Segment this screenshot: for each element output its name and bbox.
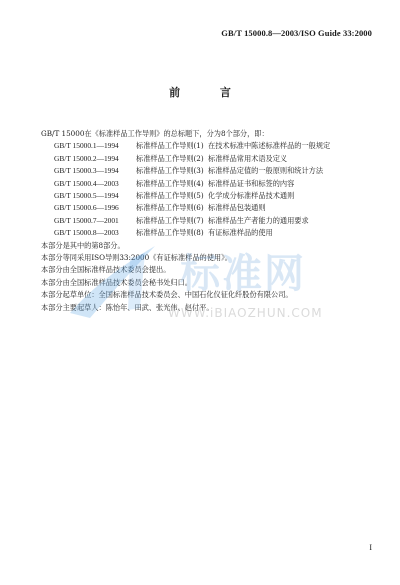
foreword-content: GB/T 15000在《标准样品工作导则》的总标题下，分为8个部分，即： GB/… bbox=[54, 128, 384, 314]
part-code: GB/T 15000.2—1994 bbox=[54, 153, 136, 165]
part-guide: 标准样品工作导则(6) bbox=[136, 202, 208, 214]
part-code: GB/T 15000.5—1994 bbox=[54, 190, 136, 202]
part-guide: 标准样品工作导则(7) bbox=[136, 215, 208, 227]
list-item: GB/T 15000.6—1996 标准样品工作导则(6) 标准样品包装通则 bbox=[54, 202, 384, 214]
part-code: GB/T 15000.3—1994 bbox=[54, 165, 136, 177]
part-code: GB/T 15000.7—2001 bbox=[54, 215, 136, 227]
part-guide: 标准样品工作导则(4) bbox=[136, 178, 208, 190]
intro-paragraph: GB/T 15000在《标准样品工作导则》的总标题下，分为8个部分，即： bbox=[41, 128, 384, 140]
list-item: GB/T 15000.8—2003 标准样品工作导则(8) 有证标准样品的使用 bbox=[54, 227, 384, 239]
standard-number-header: GB/T 15000.8—2003/ISO Guide 33:2000 bbox=[221, 28, 372, 38]
page-title: 前 言 bbox=[0, 84, 400, 100]
list-item: GB/T 15000.7—2001 标准样品工作导则(7) 标准样品生产者能力的… bbox=[54, 215, 384, 227]
part-code: GB/T 15000.6—1996 bbox=[54, 202, 136, 214]
paragraph-drafting-units: 本部分起草单位：全国标准样品技术委员会、中国石化仪征化纤股份有限公司。 bbox=[41, 289, 384, 301]
part-guide: 标准样品工作导则(5) bbox=[136, 190, 208, 202]
part-desc: 标准样品定值的一般原则和统计方法 bbox=[208, 165, 384, 177]
part-code: GB/T 15000.1—1994 bbox=[54, 140, 136, 152]
paragraph-proposed-by: 本部分由全国标准样品技术委员会提出。 bbox=[41, 264, 384, 276]
part-desc: 标准样品常用术语及定义 bbox=[208, 153, 384, 165]
part-code: GB/T 15000.4—2003 bbox=[54, 178, 136, 190]
part-guide: 标准样品工作导则(8) bbox=[136, 227, 208, 239]
page-number: I bbox=[369, 543, 372, 552]
part-desc: 标准样品包装通则 bbox=[208, 202, 384, 214]
list-item: GB/T 15000.5—1994 标准样品工作导则(5) 化学成分标准样品技术… bbox=[54, 190, 384, 202]
part-guide: 标准样品工作导则(3) bbox=[136, 165, 208, 177]
part-desc: 标准样品生产者能力的通用要求 bbox=[208, 215, 384, 227]
paragraph-administered-by: 本部分由全国标准样品技术委员会秘书处归口。 bbox=[41, 277, 384, 289]
part-desc: 标准样品证书和标签的内容 bbox=[208, 178, 384, 190]
document-page: GB/T 15000.8—2003/ISO Guide 33:2000 前 言 … bbox=[0, 0, 400, 585]
part-desc: 在技术标准中陈述标准样品的一般规定 bbox=[208, 140, 384, 152]
part-desc: 有证标准样品的使用 bbox=[208, 227, 384, 239]
list-item: GB/T 15000.3—1994 标准样品工作导则(3) 标准样品定值的一般原… bbox=[54, 165, 384, 177]
part-code: GB/T 15000.8—2003 bbox=[54, 227, 136, 239]
paragraph-drafters: 本部分主要起草人：陈怡年、田武、张光伟、赵付平。 bbox=[41, 302, 384, 314]
list-item: GB/T 15000.1—1994 标准样品工作导则(1) 在技术标准中陈述标准… bbox=[54, 140, 384, 152]
part-desc: 化学成分标准样品技术通则 bbox=[208, 190, 384, 202]
list-item: GB/T 15000.4—2003 标准样品工作导则(4) 标准样品证书和标签的… bbox=[54, 178, 384, 190]
part-guide: 标准样品工作导则(1) bbox=[136, 140, 208, 152]
paragraph-adoption: 本部分等同采用ISO导则33:2000《有证标准样品的使用》。 bbox=[41, 252, 384, 264]
part-guide: 标准样品工作导则(2) bbox=[136, 153, 208, 165]
parts-list: GB/T 15000.1—1994 标准样品工作导则(1) 在技术标准中陈述标准… bbox=[54, 140, 384, 239]
paragraph-part-number: 本部分是其中的第8部分。 bbox=[41, 240, 384, 252]
list-item: GB/T 15000.2—1994 标准样品工作导则(2) 标准样品常用术语及定… bbox=[54, 153, 384, 165]
